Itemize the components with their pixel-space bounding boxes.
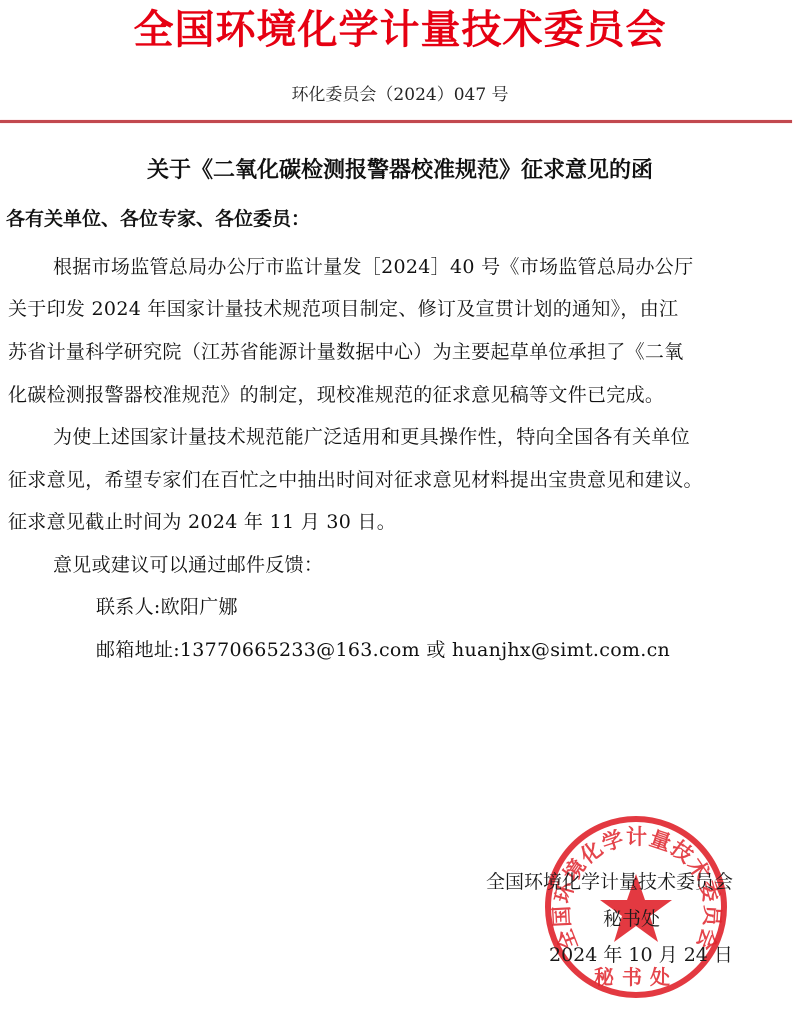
org-title: 全国环境化学计量技术委员会	[0, 6, 800, 54]
signature-date: 2024 年 10 月 24 日	[549, 941, 733, 969]
contact-person: 联系人:欧阳广娜	[96, 593, 238, 621]
salutation: 各有关单位、各位专家、各位委员：	[6, 205, 310, 233]
letter-title: 关于《二氧化碳检测报警器校准规范》征求意见的函	[0, 154, 800, 186]
paragraph-line: 化碳检测报警器校准规范》的制定，现校准规范的征求意见稿等文件已完成。	[8, 381, 664, 409]
paragraph-line: 关于印发 2024 年国家计量技术规范项目制定、修订及宣贯计划的通知》，由江	[8, 295, 678, 323]
red-divider	[0, 120, 792, 123]
signature-office: 秘书处	[603, 905, 660, 933]
paragraph-line: 为使上述国家计量技术规范能广泛适用和更具操作性，特向全国各有关单位	[53, 423, 690, 451]
doc-number: 环化委员会（2024）047 号	[0, 83, 800, 107]
signature-org: 全国环境化学计量技术委员会	[486, 868, 733, 896]
paragraph-line: 苏省计量科学研究院（江苏省能源计量数据中心）为主要起草单位承担了《二氧	[8, 338, 684, 366]
paragraph-line: 征求意见截止时间为 2024 年 11 月 30 日。	[8, 508, 396, 536]
paragraph-line: 根据市场监管总局办公厅市监计量发［2024］40 号《市场监管总局办公厅	[53, 253, 693, 281]
email-addresses[interactable]: 邮箱地址:13770665233@163.com 或 huanjhx@simt.…	[96, 636, 670, 664]
paragraph-line: 征求意见，希望专家们在百忙之中抽出时间对征求意见材料提出宝贵意见和建议。	[8, 466, 703, 494]
feedback-intro: 意见或建议可以通过邮件反馈：	[53, 551, 323, 579]
